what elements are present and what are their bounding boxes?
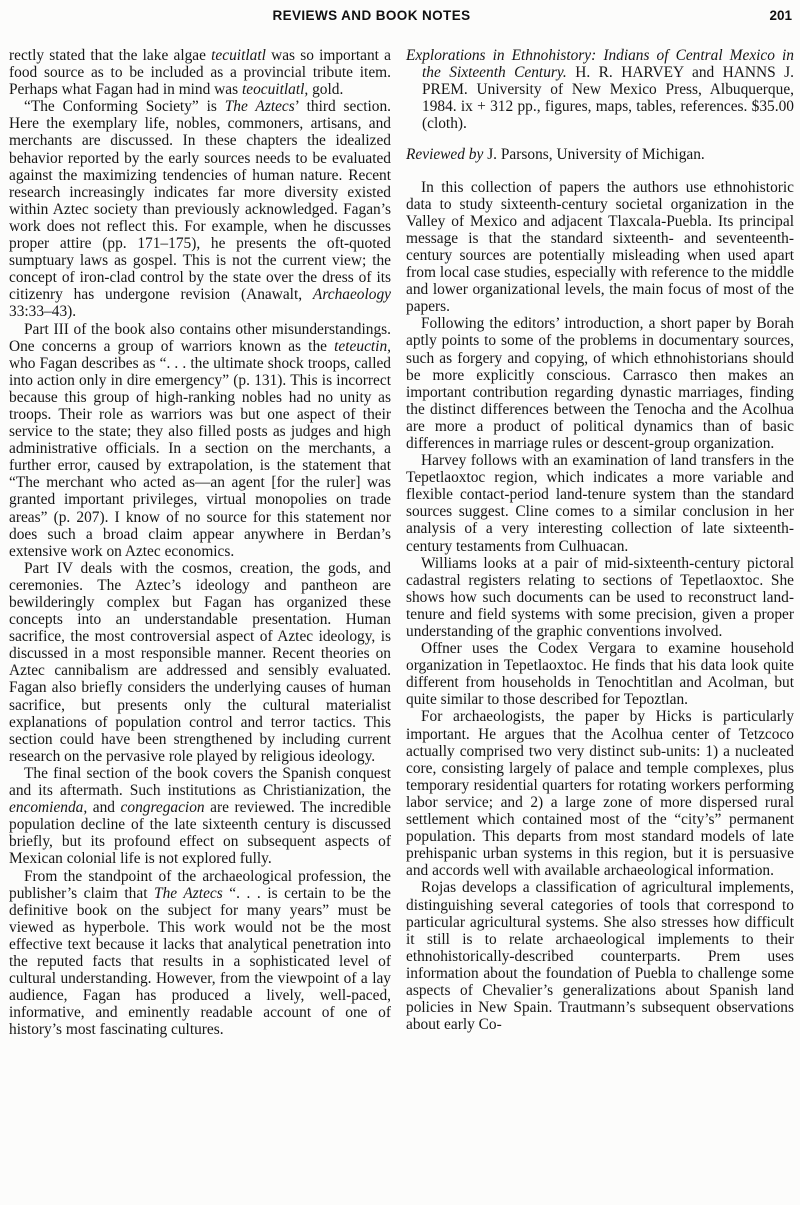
text-run: Williams looks at a pair of mid-sixteent… — [406, 555, 794, 640]
text-run: ’ third section. Here the exemplary life… — [9, 98, 391, 303]
text-run: Following the editors’ introduction, a s… — [406, 315, 794, 452]
paragraph: “The Conforming Society” is The Aztecs’ … — [9, 98, 391, 320]
text-run: “. . . is certain to be the definitive b… — [9, 885, 391, 1039]
paragraph: Harvey follows with an examination of la… — [406, 452, 794, 555]
paragraph: In this collection of papers the authors… — [406, 179, 794, 316]
text-run: rectly stated that the lake algae — [9, 47, 211, 64]
text-run: who Fagan describes as “. . . the ultima… — [9, 355, 391, 560]
paragraph: rectly stated that the lake algae tecuit… — [9, 47, 391, 98]
paragraph: Williams looks at a pair of mid-sixteent… — [406, 555, 794, 640]
book-citation: Explorations in Ethnohistory: Indians of… — [406, 47, 794, 132]
text-run: Rojas develops a classification of agric… — [406, 879, 794, 1033]
journal-page: REVIEWS AND BOOK NOTES 201 rectly stated… — [0, 0, 800, 1205]
right-column: Explorations in Ethnohistory: Indians of… — [406, 47, 794, 1033]
italic-text: Reviewed by — [406, 146, 483, 163]
italic-text: teteuctin, — [334, 338, 391, 355]
italic-text: The Aztecs — [154, 885, 223, 902]
paragraph: Part IV deals with the cosmos, creation,… — [9, 560, 391, 765]
running-header-title: REVIEWS AND BOOK NOTES — [9, 8, 734, 23]
text-run: In this collection of papers the authors… — [406, 179, 794, 316]
text-run: and — [87, 799, 120, 816]
paragraph: Part III of the book also contains other… — [9, 321, 391, 560]
paragraph: The final section of the book covers the… — [9, 765, 391, 868]
reviewer-line: Reviewed by J. Parsons, University of Mi… — [406, 146, 794, 163]
paragraph: Offner uses the Codex Vergara to examine… — [406, 640, 794, 708]
text-run: J. Parsons, University of Michigan. — [483, 146, 704, 163]
text-run: 33:33–43). — [9, 303, 76, 320]
review-body: In this collection of papers the authors… — [406, 179, 794, 1034]
italic-text: encomienda, — [9, 799, 87, 816]
left-column: rectly stated that the lake algae tecuit… — [9, 47, 391, 1038]
two-column-layout: rectly stated that the lake algae tecuit… — [9, 47, 794, 1038]
italic-text: tecuitlatl — [211, 47, 266, 64]
text-run: For archaeologists, the paper by Hicks i… — [406, 708, 794, 879]
italic-text: Archaeology — [313, 286, 391, 303]
running-header: REVIEWS AND BOOK NOTES 201 — [9, 8, 794, 24]
text-run: “The Conforming Society” is — [24, 98, 225, 115]
paragraph: Following the editors’ introduction, a s… — [406, 315, 794, 452]
text-run: Harvey follows with an examination of la… — [406, 452, 794, 554]
text-run: gold. — [308, 81, 343, 98]
text-run: Offner uses the Codex Vergara to examine… — [406, 640, 794, 708]
text-run: The final section of the book covers the… — [9, 765, 391, 799]
italic-text: teocuitlatl, — [242, 81, 308, 98]
paragraph: Rojas develops a classification of agric… — [406, 879, 794, 1033]
italic-text: congregacion — [121, 799, 205, 816]
page-number: 201 — [769, 8, 792, 23]
text-run: Part IV deals with the cosmos, creation,… — [9, 560, 391, 765]
paragraph: For archaeologists, the paper by Hicks i… — [406, 708, 794, 879]
italic-text: The Aztecs — [225, 98, 295, 115]
paragraph: From the standpoint of the archaeologica… — [9, 868, 391, 1039]
